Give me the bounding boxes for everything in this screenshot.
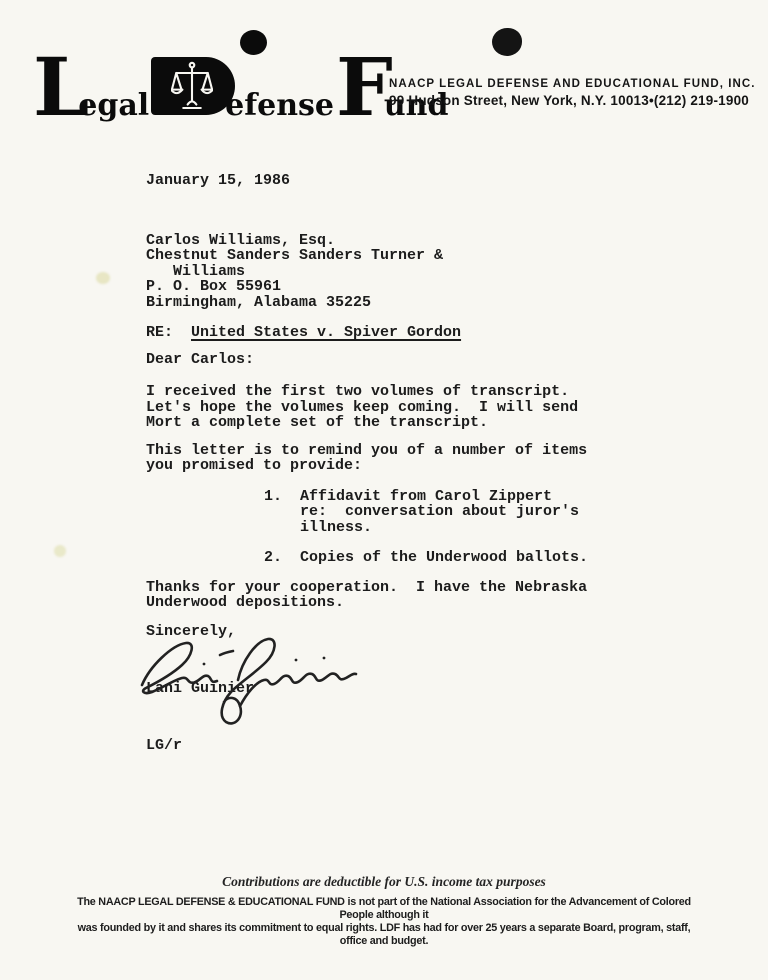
logo-word-legal: egal xyxy=(78,91,149,121)
list-item-1: 1. Affidavit from Carol Zippert re: conv… xyxy=(264,489,626,536)
signature-icon xyxy=(134,633,362,737)
scan-smudge xyxy=(96,272,110,284)
scales-of-justice-icon xyxy=(171,60,213,114)
scanned-letter-page: L egal efense F und NAACP xyxy=(0,0,768,980)
paragraph-1: I received the first two volumes of tran… xyxy=(146,384,626,431)
footer-tagline: Contributions are deductible for U.S. in… xyxy=(0,874,768,890)
re-line: RE: United States v. Spiver Gordon xyxy=(146,325,626,341)
logo-letter-f: F xyxy=(336,58,391,116)
paragraph-3: Thanks for your cooperation. I have the … xyxy=(146,580,626,611)
logo-dot-icon xyxy=(240,30,267,55)
recipient-address: Carlos Williams, Esq. Chestnut Sanders S… xyxy=(146,233,626,311)
numbered-list: 1. Affidavit from Carol Zippert re: conv… xyxy=(264,489,626,566)
salutation: Dear Carlos: xyxy=(146,352,626,368)
scan-smudge xyxy=(54,545,66,557)
logo-word-defense: efense xyxy=(225,91,334,121)
paragraph-2: This letter is to remind you of a number… xyxy=(146,443,626,474)
re-subject: United States v. Spiver Gordon xyxy=(191,325,461,341)
re-label: RE: xyxy=(146,325,173,341)
letter-date: January 15, 1986 xyxy=(146,173,626,189)
letter-body: January 15, 1986 Carlos Williams, Esq. C… xyxy=(146,173,626,754)
signature-area: Lani Guinier xyxy=(146,639,626,697)
logo-letter-d xyxy=(151,57,235,115)
footer: Contributions are deductible for U.S. in… xyxy=(0,874,768,948)
list-item-2: 2. Copies of the Underwood ballots. xyxy=(264,550,626,566)
ldf-logo: L egal efense F und xyxy=(33,57,448,121)
reference-initials: LG/r xyxy=(146,738,626,754)
org-address: 99 Hudson Street, New York, N.Y. 10013•(… xyxy=(389,92,755,109)
punch-hole-mark xyxy=(492,28,522,56)
org-block: NAACP LEGAL DEFENSE AND EDUCATIONAL FUND… xyxy=(389,77,755,109)
org-name: NAACP LEGAL DEFENSE AND EDUCATIONAL FUND… xyxy=(389,77,755,92)
footer-disclaimer: The NAACP LEGAL DEFENSE & EDUCATIONAL FU… xyxy=(64,896,704,948)
